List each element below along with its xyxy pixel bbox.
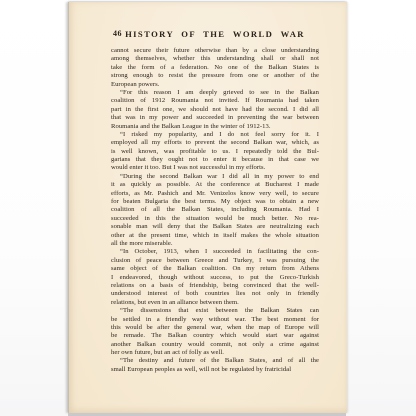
text-line: among themselves, whether this understan… (111, 55, 319, 63)
text-line: succeeded in this the situation would be… (111, 215, 319, 223)
running-title: HISTORY OF THE WORLD WAR (111, 29, 319, 39)
text-line: for beaten Bulgaria the best terms. My o… (111, 198, 319, 206)
text-line: take the form of a federation. No one of… (111, 64, 319, 72)
text-line: small European peoples as well, will not… (111, 366, 319, 374)
text-line: understood interest of both countries li… (111, 290, 319, 298)
text-line: her own future, but an act of folly as w… (111, 349, 319, 357)
text-line: “The destiny and future of the Balkan St… (111, 357, 319, 365)
text-line: European powers. (111, 81, 319, 89)
book-page: 46 HISTORY OF THE WORLD WAR cannot secur… (68, 2, 347, 413)
text-line: coalition of 1912 Roumania not invited. … (111, 97, 319, 105)
page-body: cannot secure their future otherwise tha… (111, 47, 319, 374)
text-line: coalition of all the Balkan States, incl… (111, 206, 319, 214)
text-line: relations, but even in an alliance betwe… (111, 299, 319, 307)
text-line: same object of the Balkan coalition. On … (111, 265, 319, 273)
text-line: cannot secure their future otherwise tha… (111, 47, 319, 55)
text-line: would enter it too. But I was not succes… (111, 164, 319, 172)
text-line: garians that they ought not to enter it … (111, 156, 319, 164)
text-line: “The dissensions that exist between the … (111, 307, 319, 315)
text-line: employed all my efforts to prevent the s… (111, 139, 319, 147)
text-line: other at the present time, which in itse… (111, 232, 319, 240)
text-line: that was in my power and succeeded in pr… (111, 114, 319, 122)
text-line: sonable man will deny that the Balkan St… (111, 223, 319, 231)
text-line: another Balkan country would commit, not… (111, 341, 319, 349)
text-line: is well known, was profitable to us. I r… (111, 148, 319, 156)
page-header: 46 HISTORY OF THE WORLD WAR (111, 29, 319, 40)
text-line: this would be after the general war, whe… (111, 324, 319, 332)
text-line: all the more miserable. (111, 240, 319, 248)
text-line: “For this reason I am deeply grieved to … (111, 89, 319, 97)
page-number: 46 (113, 29, 122, 38)
text-line: “During the second Balkan war I did all … (111, 173, 319, 181)
text-line: it as quickly as possible. At the confer… (111, 181, 319, 189)
text-line: be remade. The Balkan country which woul… (111, 332, 319, 340)
text-line: relations on a basis of friendship, bein… (111, 282, 319, 290)
text-line: part in the first one, we should not hav… (111, 106, 319, 114)
text-line: “In October, 1913, when I succeeded in f… (111, 248, 319, 256)
text-line: strong enough to resist the pressure fro… (111, 72, 319, 80)
text-line: efforts, as Mr. Pashich and Mr. Venizelo… (111, 190, 319, 198)
text-line: “I risked my popularity, and I do not fe… (111, 131, 319, 139)
text-line: clusion of peace between Greece and Turk… (111, 257, 319, 265)
text-line: Roumania and the Balkan League in the wi… (111, 123, 319, 131)
text-line: be settled in a friendly way without war… (111, 316, 319, 324)
text-line: I endeavored, though without success, to… (111, 274, 319, 282)
